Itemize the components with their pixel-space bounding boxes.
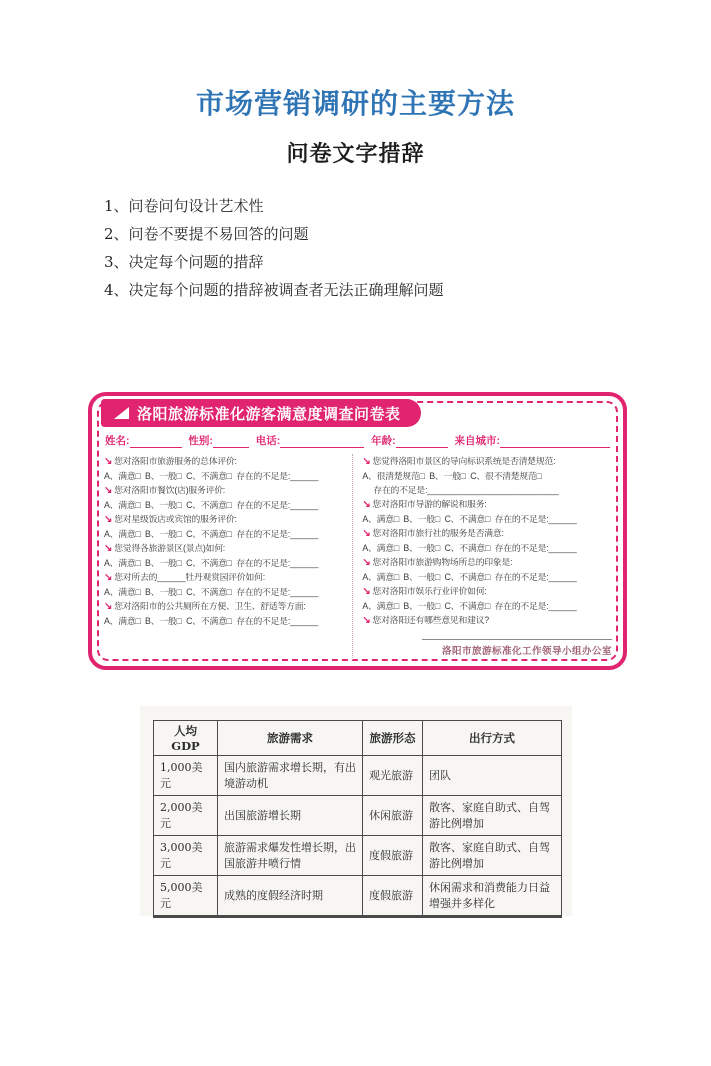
table-cell-gdp: 5,000美元 <box>154 876 218 917</box>
table-cell-form: 观光旅游 <box>363 756 423 796</box>
arrow-icon: ↘ <box>104 543 112 554</box>
questionnaire-line-text: 您对所去的______牡丹观赏园评价如何: <box>114 572 265 582</box>
form-field: 来自城市: <box>455 433 611 448</box>
questionnaire-line: ↘A、满意□ B、一般□ C、不满意□ 存在的不足是:______ <box>362 512 612 526</box>
questionnaire-line: ↘存在的不足是:____________________________ <box>362 483 612 497</box>
field-blank-line <box>280 435 364 448</box>
questionnaire-line: ↘您对星级饭店或宾馆的服务评价: <box>104 512 346 527</box>
page-title: 市场营销调研的主要方法 <box>0 82 711 122</box>
form-field: 年龄: <box>371 433 448 448</box>
table-row: 2,000美元 出国旅游增长期 休闲旅游 散客、家庭自助式、自驾游比例增加 <box>154 796 562 836</box>
questionnaire-line: ↘您觉得各旅游景区(景点)如何: <box>104 541 346 556</box>
arrow-icon: ↘ <box>362 456 370 467</box>
questionnaire-line-text: A、满意□ B、一般□ C、不满意□ 存在的不足是:______ <box>104 529 318 539</box>
questionnaire-line: ↘A、满意□ B、一般□ C、不满意□ 存在的不足是:______ <box>104 556 346 570</box>
field-label: 来自城市: <box>455 433 501 448</box>
table-header-cell: 旅游形态 <box>363 721 423 756</box>
table-row: 1,000美元 国内旅游需求增长期，有出境游动机 观光旅游 团队 <box>154 756 562 796</box>
questionnaire-line: ↘您对洛阳市旅游购物场所总的印象是: <box>362 555 612 570</box>
table-row: 5,000美元 成熟的度假经济时期 度假旅游 休闲需求和消费能力日益增强并多样化 <box>154 876 562 917</box>
questionnaire-line-text: 您对洛阳市娱乐行业评价如何: <box>373 586 487 596</box>
field-label: 年龄: <box>371 433 396 448</box>
arrow-icon: ↘ <box>362 499 370 510</box>
questionnaire-right-column: ↘您觉得洛阳市景区的导向标识系统是否清楚规范: ↘A、很清楚规范□ B、一般□ … <box>352 454 614 660</box>
questionnaire-title: 洛阳旅游标准化游客满意度调查问卷表 <box>137 403 401 424</box>
questionnaire-line: ↘您对洛阳市餐饮(店)服务评价: <box>104 483 346 498</box>
questionnaire-right-lines: ↘您觉得洛阳市景区的导向标识系统是否清楚规范: ↘A、很清楚规范□ B、一般□ … <box>362 454 612 628</box>
table-cell-form: 度假旅游 <box>363 836 423 876</box>
table-body: 1,000美元 国内旅游需求增长期，有出境游动机 观光旅游 团队 2,000美元… <box>154 756 562 917</box>
arrow-icon: ↘ <box>104 572 112 583</box>
questionnaire-line-text: A、满意□ B、一般□ C、不满意□ 存在的不足是:______ <box>362 601 576 611</box>
questionnaire-line-text: 您对洛阳市旅游购物场所总的印象是: <box>373 557 513 567</box>
list-item: 2、问卷不要提不易回答的问题 <box>104 220 444 248</box>
table-cell-demand: 旅游需求爆发性增长期，出国旅游井喷行情 <box>218 836 363 876</box>
table-cell-form: 度假旅游 <box>363 876 423 917</box>
form-field: 电话: <box>256 433 365 448</box>
field-label: 姓名: <box>105 433 130 448</box>
questionnaire-line-text: 您觉得洛阳市景区的导向标识系统是否清楚规范: <box>373 456 556 466</box>
form-field: 姓名: <box>105 433 182 448</box>
questionnaire-line: ↘您对洛阳市旅行社的服务是否满意: <box>362 526 612 541</box>
questionnaire-line-text: A、满意□ B、一般□ C、不满意□ 存在的不足是:______ <box>104 471 318 481</box>
questionnaire-line-text: 您对洛阳市餐饮(店)服务评价: <box>114 485 225 495</box>
gdp-table: 人均GDP 旅游需求 旅游形态 出行方式 1,000美元 国内旅游需求增长期，有… <box>153 720 562 918</box>
arrow-icon: ↘ <box>104 514 112 525</box>
list-item: 1、问卷问句设计艺术性 <box>104 192 444 220</box>
list-item: 3、决定每个问题的措辞 <box>104 248 444 276</box>
questionnaire-line-text: 您对星级饭店或宾馆的服务评价: <box>114 514 237 524</box>
table-cell-demand: 成熟的度假经济时期 <box>218 876 363 917</box>
questionnaire-line: ↘您对所去的______牡丹观赏园评价如何: <box>104 570 346 585</box>
arrow-icon: ↘ <box>362 586 370 597</box>
table-cell-demand: 国内旅游需求增长期，有出境游动机 <box>218 756 363 796</box>
questionnaire-signature: 洛阳市旅游标准化工作领导小组办公室 <box>362 633 612 657</box>
table-cell-gdp: 3,000美元 <box>154 836 218 876</box>
questionnaire-line-text: 您对洛阳市的公共厕所在方便、卫生、舒适等方面: <box>114 601 305 611</box>
field-label: 电话: <box>256 433 281 448</box>
questionnaire-line: ↘A、满意□ B、一般□ C、不满意□ 存在的不足是:______ <box>362 541 612 555</box>
arrow-icon: ↘ <box>104 601 112 612</box>
field-blank-line <box>130 435 182 448</box>
table-cell-gdp: 1,000美元 <box>154 756 218 796</box>
form-field: 性别: <box>188 433 249 448</box>
document-page: 市场营销调研的主要方法 问卷文字措辞 1、问卷问句设计艺术性 2、问卷不要提不易… <box>0 0 711 1066</box>
list-item: 4、决定每个问题的措辞被调查者无法正确理解问题 <box>104 276 444 304</box>
questionnaire-line-text: 您对洛阳还有哪些意见和建议? <box>373 615 489 625</box>
table-cell-demand: 出国旅游增长期 <box>218 796 363 836</box>
questionnaire-line-text: 您觉得各旅游景区(景点)如何: <box>114 543 225 553</box>
table-cell-gdp: 2,000美元 <box>154 796 218 836</box>
questionnaire-line-text: A、很清楚规范□ B、一般□ C、很不清楚规范□ <box>362 471 541 481</box>
questionnaire-line: ↘您对洛阳市旅游服务的总体评价: <box>104 454 346 469</box>
questionnaire-line-text: 您对洛阳市旅行社的服务是否满意: <box>373 528 504 538</box>
table-header-row: 人均GDP 旅游需求 旅游形态 出行方式 <box>154 721 562 756</box>
questionnaire-line: ↘您对洛阳还有哪些意见和建议? <box>362 613 612 628</box>
questionnaire-line-text: A、满意□ B、一般□ C、不满意□ 存在的不足是:______ <box>104 616 318 626</box>
questionnaire-line-text: A、满意□ B、一般□ C、不满意□ 存在的不足是:______ <box>104 558 318 568</box>
questionnaire-line: ↘您对洛阳市的公共厕所在方便、卫生、舒适等方面: <box>104 599 346 614</box>
questionnaire-line-text: 您对洛阳市导游的解说和服务: <box>373 499 487 509</box>
table-cell-form: 休闲旅游 <box>363 796 423 836</box>
questionnaire-line: ↘A、满意□ B、一般□ C、不满意□ 存在的不足是:______ <box>104 498 346 512</box>
questionnaire-line: ↘您对洛阳市娱乐行业评价如何: <box>362 584 612 599</box>
signature-line <box>422 639 612 640</box>
table-header-cell: 出行方式 <box>423 721 562 756</box>
table-cell-travel-mode: 团队 <box>423 756 562 796</box>
arrow-icon: ↘ <box>362 615 370 626</box>
questionnaire-image: 洛阳旅游标准化游客满意度调查问卷表 姓名: 性别: 电话: <box>88 392 627 670</box>
field-blank-line <box>213 435 249 448</box>
table-cell-travel-mode: 散客、家庭自助式、自驾游比例增加 <box>423 836 562 876</box>
questionnaire-line: ↘A、满意□ B、一般□ C、不满意□ 存在的不足是:______ <box>362 599 612 613</box>
questionnaire-line-text: 您对洛阳市旅游服务的总体评价: <box>114 456 237 466</box>
table-row: 3,000美元 旅游需求爆发性增长期，出国旅游井喷行情 度假旅游 散客、家庭自助… <box>154 836 562 876</box>
signature-text: 洛阳市旅游标准化工作领导小组办公室 <box>442 646 612 657</box>
page-subtitle: 问卷文字措辞 <box>0 137 711 168</box>
table-header-cell: 人均GDP <box>154 721 218 756</box>
questionnaire-line: ↘A、满意□ B、一般□ C、不满意□ 存在的不足是:______ <box>362 570 612 584</box>
field-label: 性别: <box>188 433 213 448</box>
questionnaire-line: ↘A、满意□ B、一般□ C、不满意□ 存在的不足是:______ <box>104 614 346 628</box>
table-cell-travel-mode: 休闲需求和消费能力日益增强并多样化 <box>423 876 562 917</box>
arrow-icon: ↘ <box>104 485 112 496</box>
questionnaire-line-text: A、满意□ B、一般□ C、不满意□ 存在的不足是:______ <box>362 514 576 524</box>
questionnaire-line: ↘A、满意□ B、一般□ C、不满意□ 存在的不足是:______ <box>104 527 346 541</box>
arrow-icon: ↘ <box>362 528 370 539</box>
questionnaire-line-text: A、满意□ B、一般□ C、不满意□ 存在的不足是:______ <box>104 500 318 510</box>
questionnaire-line-text: 存在的不足是:____________________________ <box>373 485 558 495</box>
questionnaire-line: ↘A、满意□ B、一般□ C、不满意□ 存在的不足是:______ <box>104 469 346 483</box>
questionnaire-fields-row: 姓名: 性别: 电话: 年龄: <box>105 433 610 448</box>
questionnaire-line: ↘您对洛阳市导游的解说和服务: <box>362 497 612 512</box>
arrow-icon: ↘ <box>104 456 112 467</box>
triangle-icon <box>114 407 129 419</box>
questionnaire-title-badge: 洛阳旅游标准化游客满意度调查问卷表 <box>101 399 421 427</box>
questionnaire-line-text: A、满意□ B、一般□ C、不满意□ 存在的不足是:______ <box>362 543 576 553</box>
questionnaire-line: ↘您觉得洛阳市景区的导向标识系统是否清楚规范: <box>362 454 612 469</box>
arrow-icon: ↘ <box>362 557 370 568</box>
questionnaire-line: ↘A、满意□ B、一般□ C、不满意□ 存在的不足是:______ <box>104 585 346 599</box>
field-blank-line <box>396 435 448 448</box>
questionnaire-line: ↘A、很清楚规范□ B、一般□ C、很不清楚规范□ <box>362 469 612 483</box>
questionnaire-line-text: A、满意□ B、一般□ C、不满意□ 存在的不足是:______ <box>362 572 576 582</box>
field-blank-line <box>500 435 610 448</box>
questionnaire-left-column: ↘您对洛阳市旅游服务的总体评价: ↘A、满意□ B、一般□ C、不满意□ 存在的… <box>101 454 352 660</box>
numbered-list: 1、问卷问句设计艺术性 2、问卷不要提不易回答的问题 3、决定每个问题的措辞 4… <box>104 192 444 304</box>
questionnaire-columns: ↘您对洛阳市旅游服务的总体评价: ↘A、满意□ B、一般□ C、不满意□ 存在的… <box>101 454 614 660</box>
table-header-cell: 旅游需求 <box>218 721 363 756</box>
questionnaire-line-text: A、满意□ B、一般□ C、不满意□ 存在的不足是:______ <box>104 587 318 597</box>
gdp-table-image: 人均GDP 旅游需求 旅游形态 出行方式 1,000美元 国内旅游需求增长期，有… <box>140 706 572 916</box>
table-cell-travel-mode: 散客、家庭自助式、自驾游比例增加 <box>423 796 562 836</box>
